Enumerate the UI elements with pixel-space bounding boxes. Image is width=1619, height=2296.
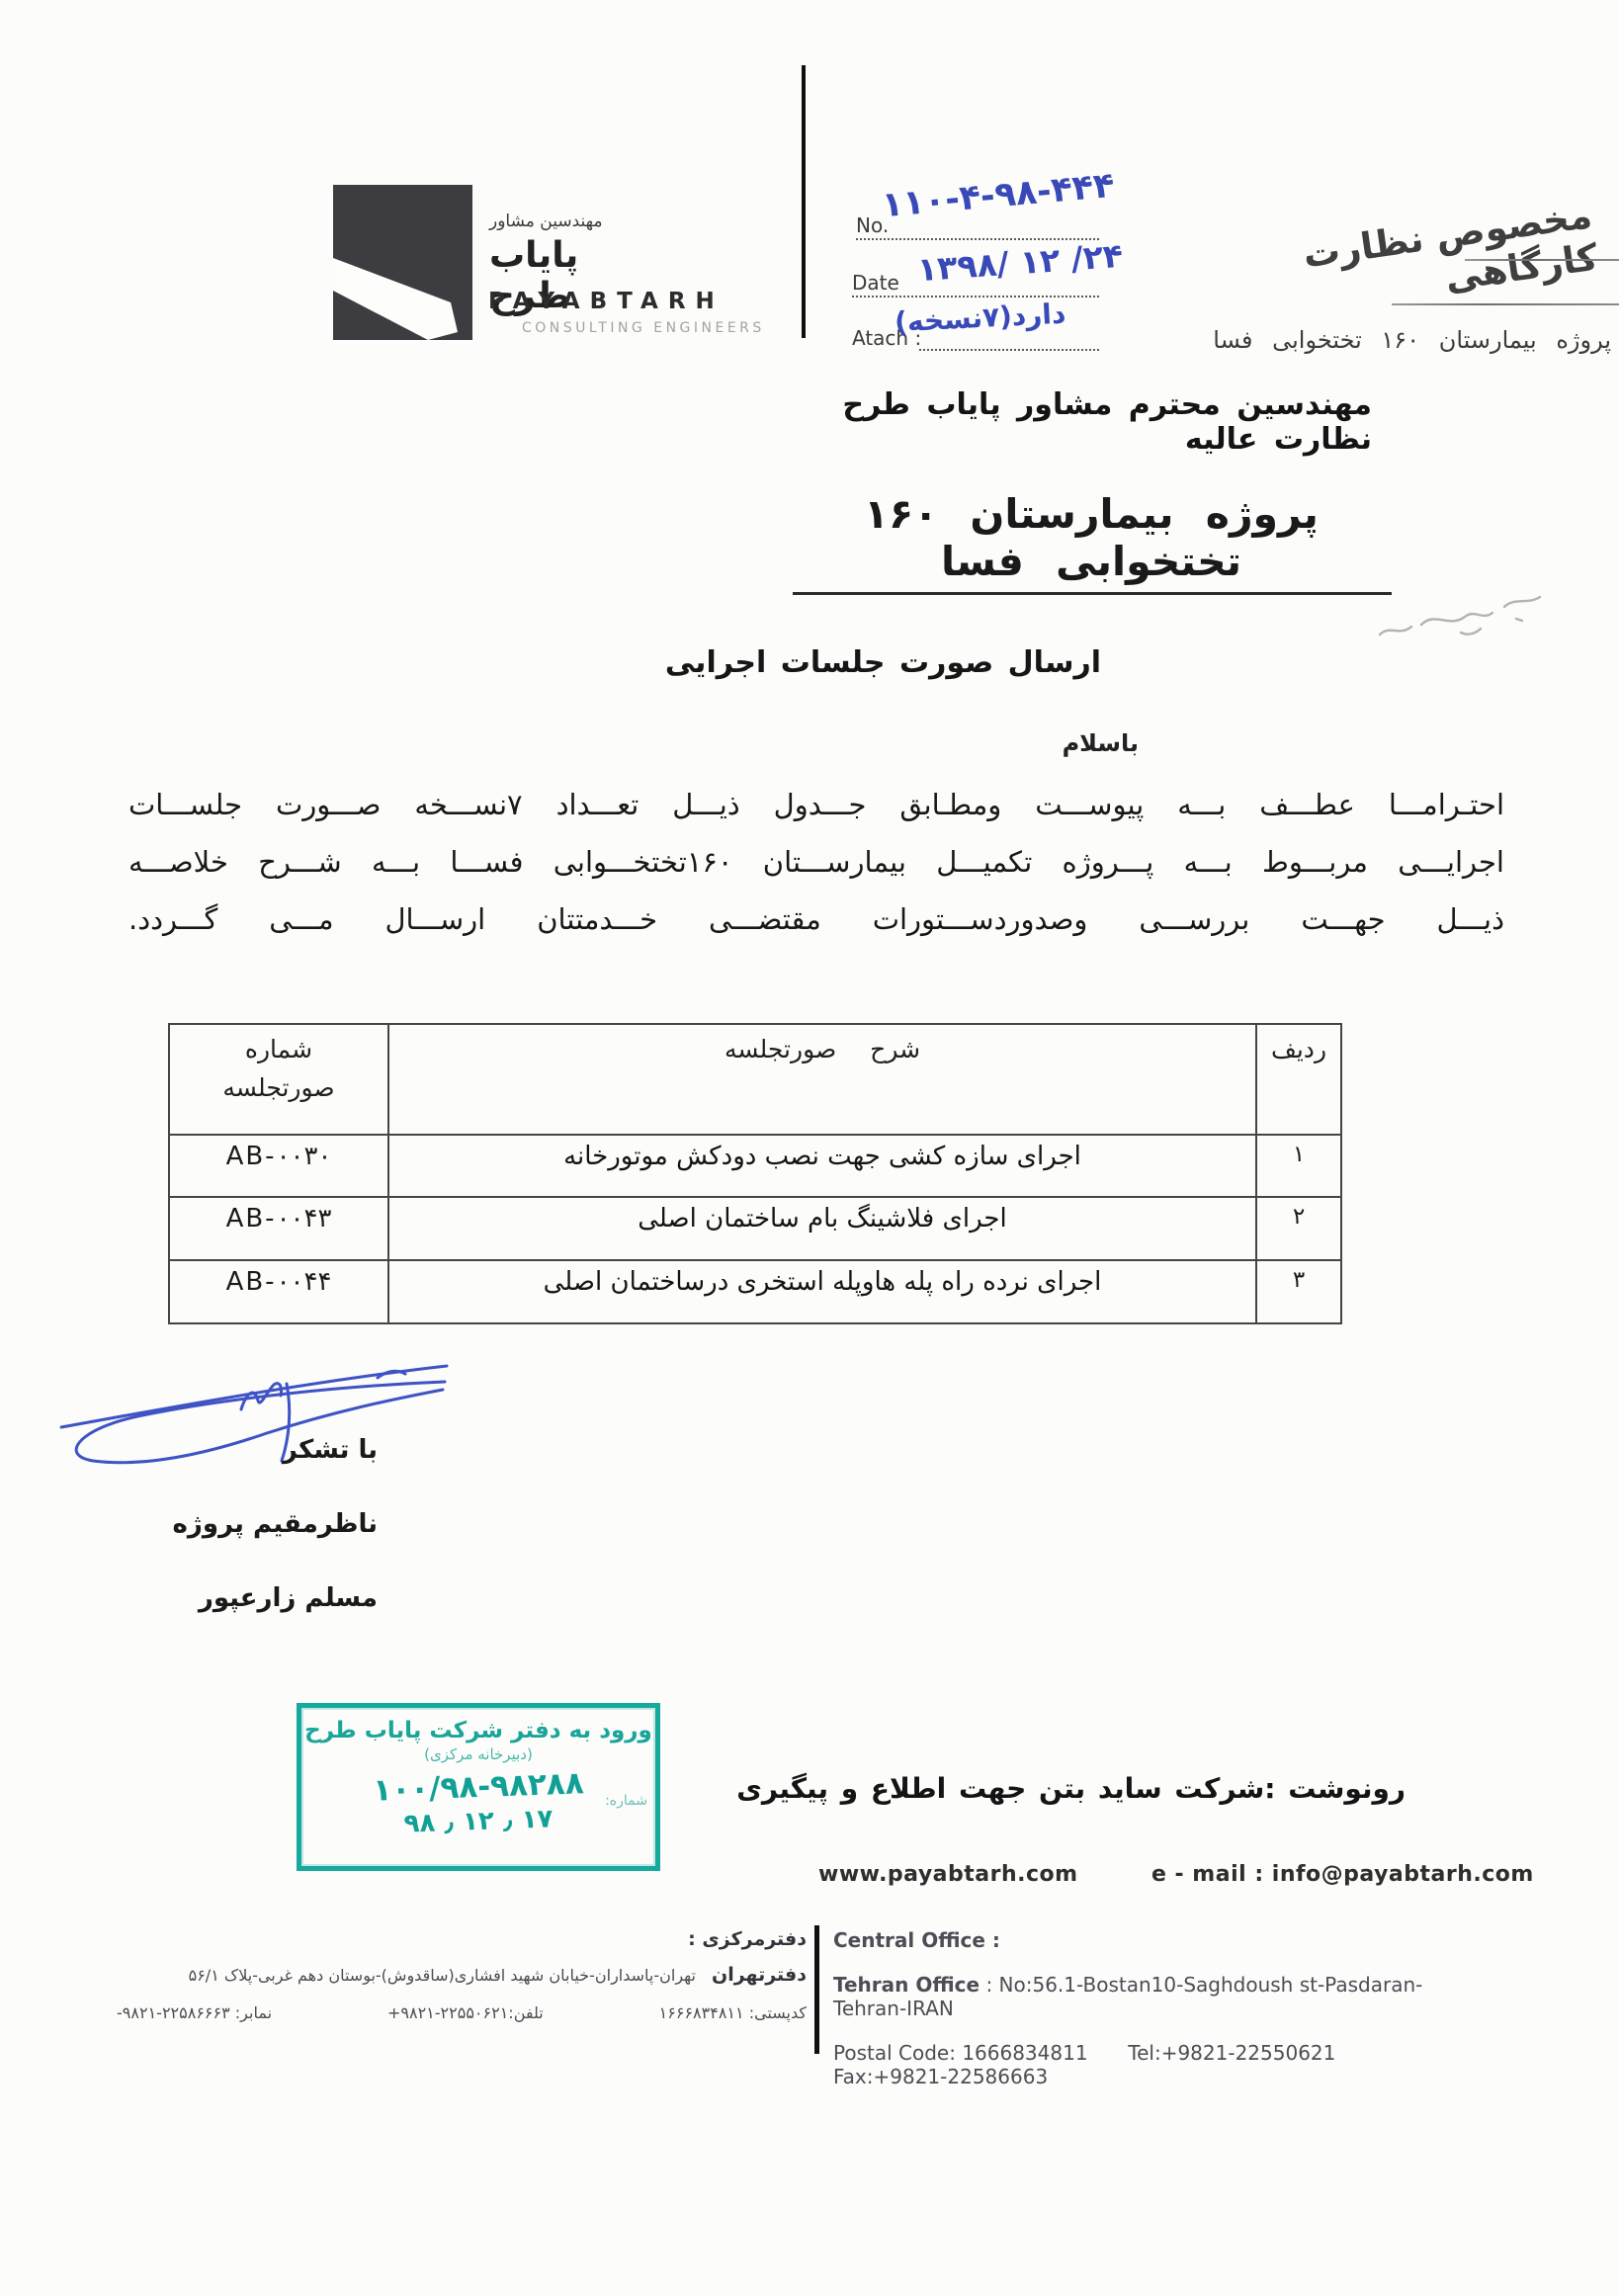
- salutation: باسلام: [1063, 729, 1139, 757]
- table-row: ۲ اجرای فلاشینگ بام ساختمان اصلی AB-۰۰۴۳: [169, 1197, 1341, 1260]
- row-2-description: اجرای فلاشینگ بام ساختمان اصلی: [388, 1197, 1256, 1260]
- table-row: ۳ اجرای نرده راه پله هاوپله استخری درساخ…: [169, 1260, 1341, 1323]
- header-row-number: ردیف: [1256, 1024, 1341, 1135]
- decor-line-2: [1392, 303, 1619, 305]
- table-row: ۱ اجرای سازه کشی جهت نصب دودکش موتورخانه…: [169, 1135, 1341, 1197]
- row-1-number: ۱: [1256, 1135, 1341, 1197]
- project-line: پروژه بیمارستان ۱۶۰ تختخوابی فسا: [1156, 326, 1611, 354]
- header-divider: [802, 65, 806, 338]
- decor-line-1: [1465, 259, 1619, 261]
- footer-fa-fax: نمابر: ۲۲۵۸۶۶۶۳-۹۸۲۱-: [117, 2003, 272, 2022]
- minutes-table-header-row: ردیف شرح صورتجلسه شماره صورتجلسه: [169, 1024, 1341, 1135]
- logo-fa-tagline: مهندسین مشاور: [489, 212, 633, 231]
- row-3-number: ۳: [1256, 1260, 1341, 1323]
- addressee-line: مهندسین محترم مشاور پایاب طرح نظارت عالی…: [771, 387, 1372, 457]
- row-2-number: ۲: [1256, 1197, 1341, 1260]
- subject-line: ارسال صورت جلسات اجرایی: [665, 645, 1101, 680]
- date-field-handwritten-value: ۱۳۹۸/ ۱۲ /۲۴: [916, 236, 1124, 289]
- footer-fa-tehran-row: دفترتهران تهران-پاسداران-خیابان شهید افش…: [117, 1964, 807, 1986]
- footer-en-fax: Fax:+9821-22586663: [833, 2065, 1048, 2088]
- stamp-title: ورود به دفتر شرکت پایاب طرح: [301, 1718, 655, 1743]
- header-minutes-number: شماره صورتجلسه: [169, 1024, 388, 1135]
- copy-to-line: رونوشت :شرکت ساید بتن جهت اطلاع و پیگیری: [736, 1772, 1406, 1805]
- site-supervision-note: مخصوص نظارت کارگاهی: [1217, 194, 1600, 330]
- row-3-description: اجرای نرده راه پله هاوپله استخری درساختم…: [388, 1260, 1256, 1323]
- footer-fa-address: تهران-پاسداران-خیابان شهید افشاری(ساقدوش…: [189, 1966, 696, 1985]
- footer-fa-tehran-label: دفترتهران: [712, 1964, 807, 1986]
- minutes-table: ردیف شرح صورتجلسه شماره صورتجلسه ۱ اجرای…: [168, 1023, 1342, 1324]
- stamp-subtitle: (دبیرخانه مرکزی): [301, 1745, 655, 1763]
- footer-en-tel: Tel:+9821-22550621: [1128, 2041, 1335, 2065]
- date-field-label: Date: [852, 271, 899, 295]
- body-paragraph-line-1: احتـرامـــا عطـــف بـــه پیوســـت ومطـاب…: [128, 788, 1504, 821]
- footer-en-contacts: Postal Code: 1666834811 Tel:+9821-225506…: [833, 2041, 1466, 2088]
- logo-en-subtitle: CONSULTING ENGINEERS: [522, 320, 765, 336]
- website-url: www.payabtarh.com: [818, 1862, 1078, 1887]
- footer-fa-tel: تلفن:۲۲۵۵۰۶۲۱-۹۸۲۱+: [387, 2003, 544, 2022]
- logo-en-name: PAYABTARH: [488, 289, 724, 314]
- office-entry-stamp: ورود به دفتر شرکت پایاب طرح (دبیرخانه مر…: [297, 1703, 660, 1871]
- email-address: e - mail : info@payabtarh.com: [1151, 1862, 1534, 1887]
- signature-name: مسلم زارعپور: [119, 1562, 378, 1636]
- body-paragraph-line-3: ذیـــل جهـــت بررســـی وصدوردســـتورات م…: [128, 902, 1504, 936]
- atach-field-handwritten-value: دارد(۷نسخه): [894, 297, 1066, 338]
- footer-fa-postal: کدپستی: ۱۶۶۶۸۳۴۸۱۱: [659, 2003, 807, 2022]
- atach-field-line: [919, 349, 1099, 351]
- letter-title: پروژه بیمارستان ۱۶۰ تختخوابی فسا: [791, 490, 1392, 585]
- footer-fa-central-label: دفترمرکزی :: [117, 1928, 807, 1950]
- signature-block: با تشکر ناظرمقیم پروژه مسلم زارعپور: [119, 1413, 378, 1636]
- no-field-handwritten-value: ۱۱۰-۴-۹۸-۴۴۴: [881, 166, 1116, 225]
- footer-english: Central Office : Tehran Office : No:56.1…: [833, 1928, 1466, 2088]
- footer-en-central: Central Office :: [833, 1928, 1000, 1952]
- web-contact-line: www.payabtarh.com e - mail : info@payabt…: [818, 1862, 1534, 1887]
- row-2-minutes-number: AB-۰۰۴۳: [169, 1197, 388, 1260]
- stamp-number-label: شماره:: [605, 1793, 647, 1809]
- footer-en-tehran-label: Tehran Office: [833, 1973, 980, 1997]
- body-paragraph-line-2: اجرایـــی مربـــوط بـــه پـــروژه تکمیــ…: [128, 845, 1504, 879]
- signature-thanks: با تشکر: [119, 1413, 378, 1488]
- footer-en-tehran: Tehran Office : No:56.1-Bostan10-Saghdou…: [833, 1973, 1466, 2020]
- payabtarh-logo-icon: [333, 185, 472, 340]
- footer-persian: دفترمرکزی : دفترتهران تهران-پاسداران-خیا…: [117, 1928, 807, 2022]
- row-1-description: اجرای سازه کشی جهت نصب دودکش موتورخانه: [388, 1135, 1256, 1197]
- row-1-minutes-number: AB-۰۰۳۰: [169, 1135, 388, 1197]
- header-description: شرح صورتجلسه: [388, 1024, 1256, 1135]
- footer-en-postal: Postal Code: 1666834811: [833, 2041, 1088, 2065]
- pencil-annotation-scribble: [1366, 575, 1564, 654]
- row-3-minutes-number: AB-۰۰۴۴: [169, 1260, 388, 1323]
- footer-fa-contacts-row: کدپستی: ۱۶۶۶۸۳۴۸۱۱ تلفن:۲۲۵۵۰۶۲۱-۹۸۲۱+ ن…: [117, 2003, 807, 2022]
- scanned-letter-page: مهندسین مشاور پایاب طرح PAYABTARH CONSUL…: [0, 0, 1619, 2296]
- title-underline: [793, 592, 1392, 595]
- footer-divider: [814, 1925, 819, 2054]
- signature-role: ناظرمقیم پروژه: [119, 1488, 378, 1562]
